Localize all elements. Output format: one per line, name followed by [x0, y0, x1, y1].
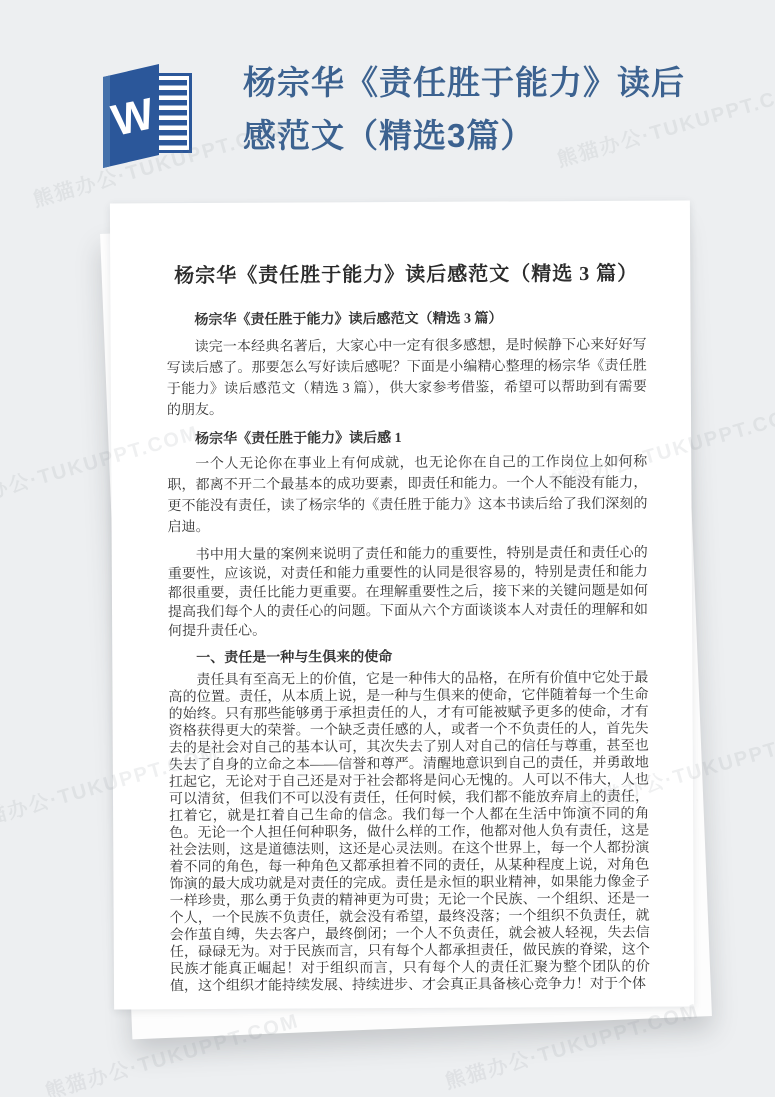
page-title: 杨宗华《责任胜于能力》读后感范文（精选3篇）	[243, 56, 705, 162]
doc-paragraph: 读完一本经典名著后，大家心中一定有很多感想，是时候静下心来好好写写读后感了。那要…	[167, 335, 647, 422]
word-icon: W	[100, 60, 194, 168]
document-page: 杨宗华《责任胜于能力》读后感范文（精选 3 篇） 杨宗华《责任胜于能力》读后感范…	[110, 200, 694, 1009]
doc-heading: 一、责任是一种与生俱来的使命	[168, 647, 648, 669]
doc-body: 杨宗华《责任胜于能力》读后感范文（精选 3 篇） 读完一本经典名著后，大家心中一…	[166, 308, 650, 996]
doc-paragraph: 一个人无论你在事业上有何成就，也无论你在自己的工作岗位上如何称职，都离不开二个最…	[167, 452, 647, 539]
doc-paragraph: 书中用大量的案例来说明了责任和能力的重要性，特别是责任和责任心的重要性，应该说，…	[168, 544, 648, 642]
page-background: 熊猫办公·TUKUPPT.COM 熊猫办公·TUKUPPT.COM 熊猫办公·T…	[0, 0, 775, 1097]
doc-title: 杨宗华《责任胜于能力》读后感范文（精选 3 篇）	[166, 257, 646, 289]
doc-heading: 杨宗华《责任胜于能力》读后感范文（精选 3 篇）	[166, 308, 646, 332]
doc-heading: 杨宗华《责任胜于能力》读后感 1	[167, 427, 647, 451]
doc-paragraph: 责任具有至高无上的价值，它是一种伟大的品格，在所有价值中它处于最高的位置。责任，…	[168, 670, 650, 996]
